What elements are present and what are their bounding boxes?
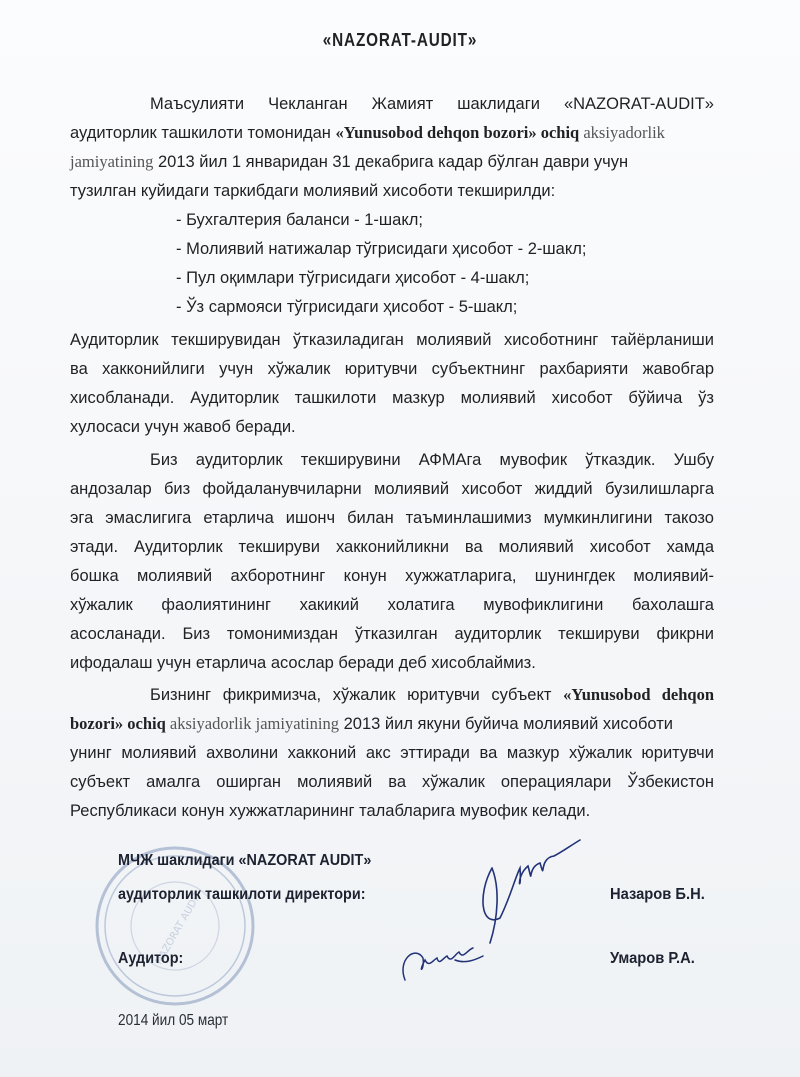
intro-line-2: аудиторлик ташкилоти томонидан «Yunusobo… (70, 123, 714, 143)
document-title: «NAZORAT-AUDIT» (60, 30, 740, 51)
intro-word: «NAZORAT-AUDIT» (564, 95, 714, 113)
responsibility-line: хулосаси учун жавоб беради. (70, 417, 714, 437)
standards-line: асосланади. Биз томонимиздан ўтказилган … (70, 624, 714, 644)
report-item: - Ўз сармояси тўгрисидаги ҳисобот - 5-ша… (176, 297, 800, 317)
opinion-text: Бизнинг фикримизча, хўжалик юритувчи суб… (150, 686, 551, 704)
opinion-text: 2013 йил якуни буйича молиявий хисоботи (339, 715, 673, 733)
company-name: «Yunusobod dehqon bozori» ochiq (335, 123, 579, 142)
standards-line: ифодалаш учун етарлича асослар беради де… (70, 653, 714, 673)
company-type: aksiyadorlik (579, 123, 665, 142)
opinion-line-5: Республикаси конун хужжатларининг талабл… (70, 801, 714, 821)
intro-line-3: jamiyatining 2013 йил 1 январидан 31 дек… (70, 152, 714, 172)
company-name: «Yunusobod dehqon (563, 685, 714, 704)
intro-word: шаклидаги (457, 95, 540, 113)
auditor-name: Умаров Р.А. (610, 950, 695, 968)
standards-line: хўжалик фаолиятининг хакикий холатига му… (70, 595, 714, 615)
company-type: jamiyatining (70, 152, 153, 171)
intro-text: аудиторлик ташкилоти томонидан (70, 124, 335, 142)
director-label: МЧЖ шаклидаги «NAZORAT AUDIT» (118, 852, 371, 870)
opinion-line-2: bozori» ochiq aksiyadorlik jamiyatining … (70, 714, 714, 734)
intro-line-1: Маъсулияти Чекланган Жамият шаклидаги «N… (150, 94, 714, 114)
standards-line: андозалар биз фойдаланувчиларни молиявий… (70, 479, 714, 499)
company-name: bozori» ochiq (70, 714, 166, 733)
director-title: аудиторлик ташкилоти директори: (118, 886, 365, 904)
standards-line: эга эмаслигига етарлича ишонч билан таъм… (70, 508, 714, 528)
intro-word: Чекланган (268, 95, 347, 113)
document-page: «NAZORAT-AUDIT» Маъсулияти Чекланган Жам… (0, 0, 800, 1077)
opinion-line-3: унинг молиявий ахволини хакконий акс этт… (70, 743, 714, 763)
opinion-line-4: субъект амалга оширган молиявий ва хўжал… (70, 772, 714, 792)
intro-word: Маъсулияти (150, 95, 244, 113)
period-text: 2013 йил 1 январидан 31 декабрига кадар … (153, 153, 628, 171)
intro-line-4: тузилган куйидаги таркибдаги молиявий хи… (70, 181, 714, 201)
standards-line: бошка молиявий ахборотнинг конун хужжатл… (70, 566, 714, 586)
standards-line: Биз аудиторлик текширувини АФМАга мувофи… (150, 450, 714, 470)
report-item: - Бухгалтерия баланси - 1-шакл; (176, 210, 800, 230)
responsibility-line: Аудиторлик текширувидан ўтказиладиган мо… (70, 330, 714, 350)
standards-line: этади. Аудиторлик текшируви хакконийликн… (70, 537, 714, 557)
opinion-line-1: Бизнинг фикримизча, хўжалик юритувчи суб… (150, 685, 714, 705)
director-name: Назаров Б.Н. (610, 886, 705, 904)
company-type: aksiyadorlik jamiyatining (166, 714, 339, 733)
auditor-label: Аудитор: (118, 950, 183, 968)
responsibility-line: хисобланади. Аудиторлик ташкилоти мазкур… (70, 388, 714, 408)
document-date: 2014 йил 05 март (118, 1012, 228, 1030)
responsibility-line: ва хакконийлиги учун хўжалик юритувчи су… (70, 359, 714, 379)
auditor-signature-icon (395, 930, 495, 990)
report-item: - Молиявий натижалар тўгрисидаги ҳисобот… (176, 239, 800, 259)
intro-word: Жамият (372, 95, 434, 113)
report-item: - Пул оқимлари тўгрисидаги ҳисобот - 4-ш… (176, 268, 800, 288)
